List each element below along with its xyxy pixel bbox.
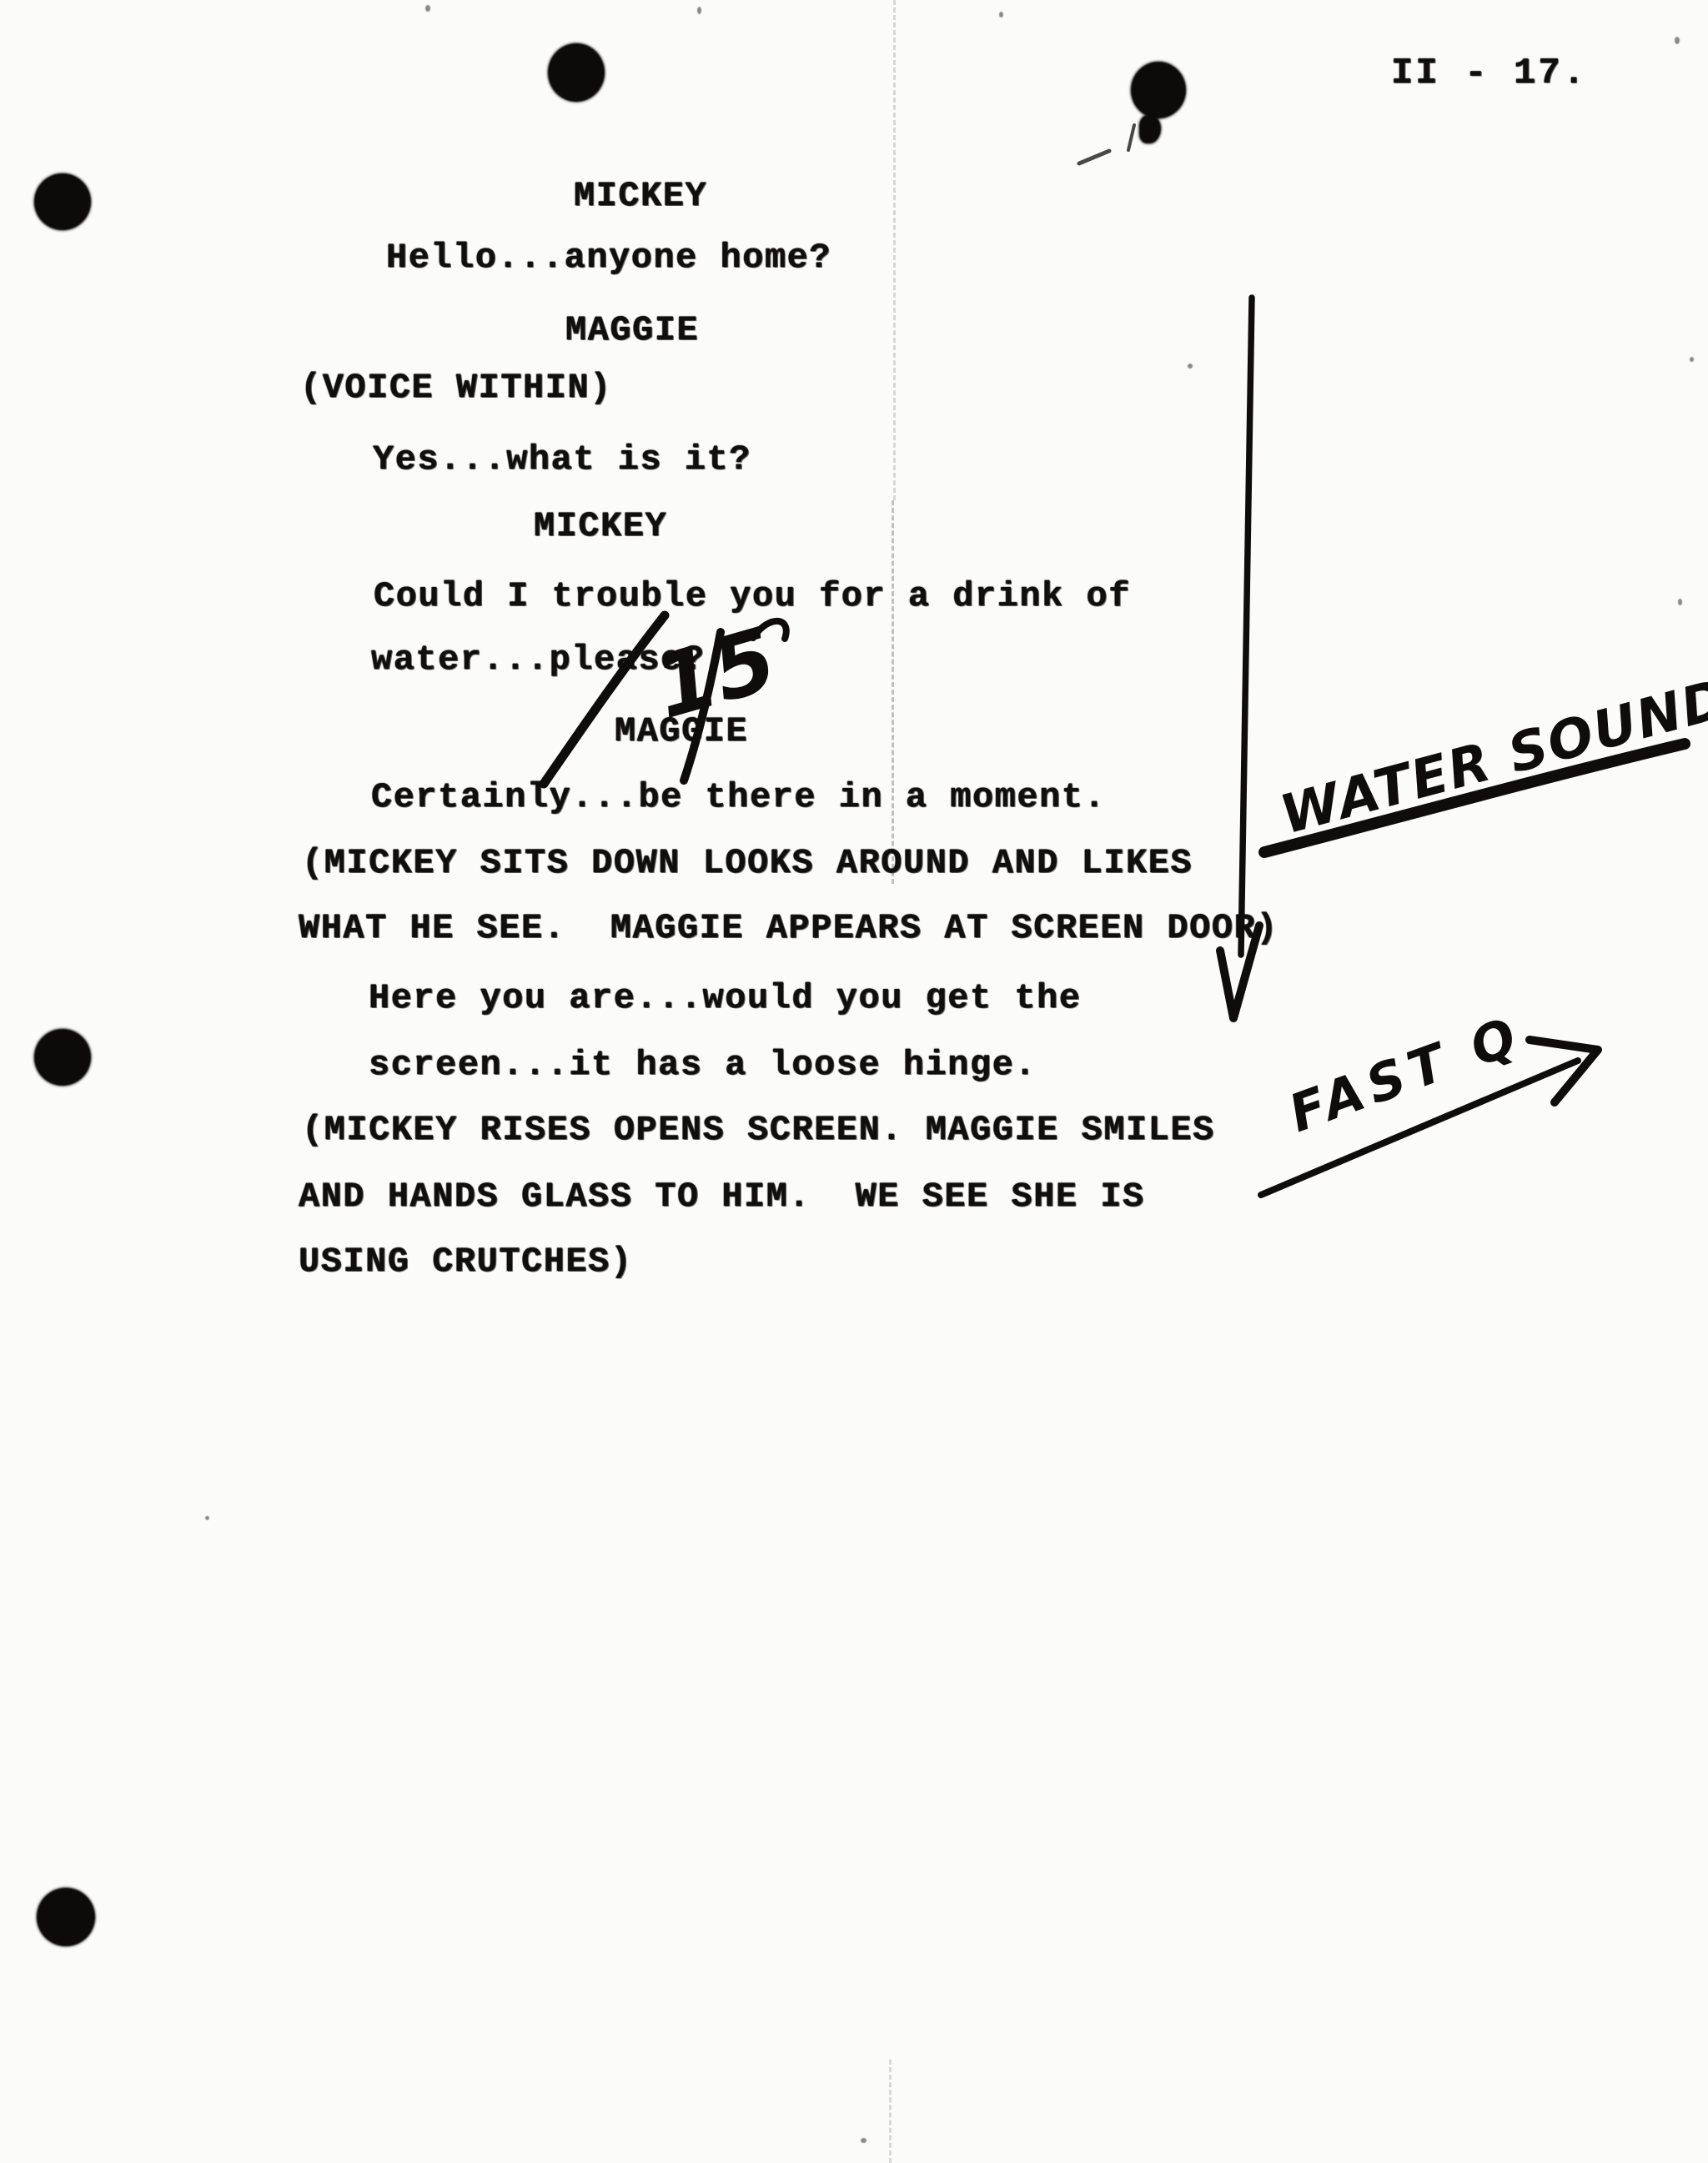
paper-speck: [1690, 357, 1694, 362]
stage-direction: WHAT HE SEE. MAGGIE APPEARS AT SCREEN DO…: [299, 911, 1278, 946]
fold-crease-bottom: [889, 2060, 892, 2163]
fold-crease-mid: [892, 500, 894, 884]
punch-dot-tail: [1139, 115, 1161, 143]
pencil-mark: [1079, 125, 1134, 163]
punch-dot-left-2: [34, 1029, 91, 1086]
pencil-dash: [1079, 151, 1109, 163]
paper-speck: [1678, 599, 1682, 605]
down-arrow-shaft: [1241, 298, 1252, 955]
fast-q-arrow-shaft: [1261, 1061, 1578, 1195]
paper-speck: [697, 7, 701, 14]
punch-dot-left-1: [34, 173, 91, 230]
parenthetical: (VOICE WITHIN): [300, 370, 612, 405]
stage-direction: AND HANDS GLASS TO HIM. WE SEE SHE IS: [299, 1179, 1145, 1214]
punch-dot-left-3: [37, 1888, 95, 1946]
water-sound-underline: [1264, 744, 1685, 852]
paper-speck: [1675, 37, 1680, 44]
dialogue-line: Yes...what is it?: [373, 442, 751, 477]
dialogue-line: Could I trouble you for a drink of: [374, 579, 1131, 614]
fast-q-text: FAST Q: [1281, 1004, 1530, 1144]
punch-dot-top-center: [548, 43, 605, 102]
pencil-tick: [1128, 125, 1134, 150]
paper-speck: [1188, 364, 1193, 369]
fast-q-annotation: FAST Q: [1261, 1004, 1598, 1195]
dialogue-line: water...please?: [371, 642, 706, 677]
page-number: II - 17.: [1391, 55, 1587, 92]
script-page: II - 17. MICKEY Hello...anyone home? MAG…: [0, 0, 1708, 2163]
dialogue-line: Here you are...would you get the: [369, 981, 1082, 1016]
stage-direction: USING CRUTCHES): [299, 1244, 633, 1279]
paper-speck: [425, 5, 430, 12]
fold-crease-top: [893, 0, 896, 500]
character-cue: MICKEY: [534, 509, 667, 544]
scribble-flourish: [753, 621, 786, 639]
dialogue-line: screen...it has a loose hinge.: [369, 1047, 1037, 1082]
character-cue: MAGGIE: [565, 313, 699, 348]
paper-speck: [205, 1516, 209, 1520]
please-scribble-annotation: 15: [544, 608, 787, 784]
dialogue-line: Certainly...be there in a moment.: [371, 780, 1106, 815]
water-sound-annotation: WATER SOUND: [1264, 668, 1708, 852]
fast-q-arrowhead-icon: [1530, 1040, 1598, 1102]
character-cue: MICKEY: [574, 178, 707, 213]
punch-dot-top-right: [1131, 62, 1186, 118]
paper-speck: [999, 12, 1003, 18]
stage-direction: (MICKEY SITS DOWN LOOKS AROUND AND LIKES: [302, 846, 1193, 881]
stage-direction: (MICKEY RISES OPENS SCREEN. MAGGIE SMILE…: [302, 1112, 1215, 1147]
character-cue: MAGGIE: [615, 714, 748, 749]
paper-speck: [861, 2138, 867, 2143]
dialogue-line: Hello...anyone home?: [386, 240, 831, 275]
water-sound-text: WATER SOUND: [1274, 668, 1708, 846]
